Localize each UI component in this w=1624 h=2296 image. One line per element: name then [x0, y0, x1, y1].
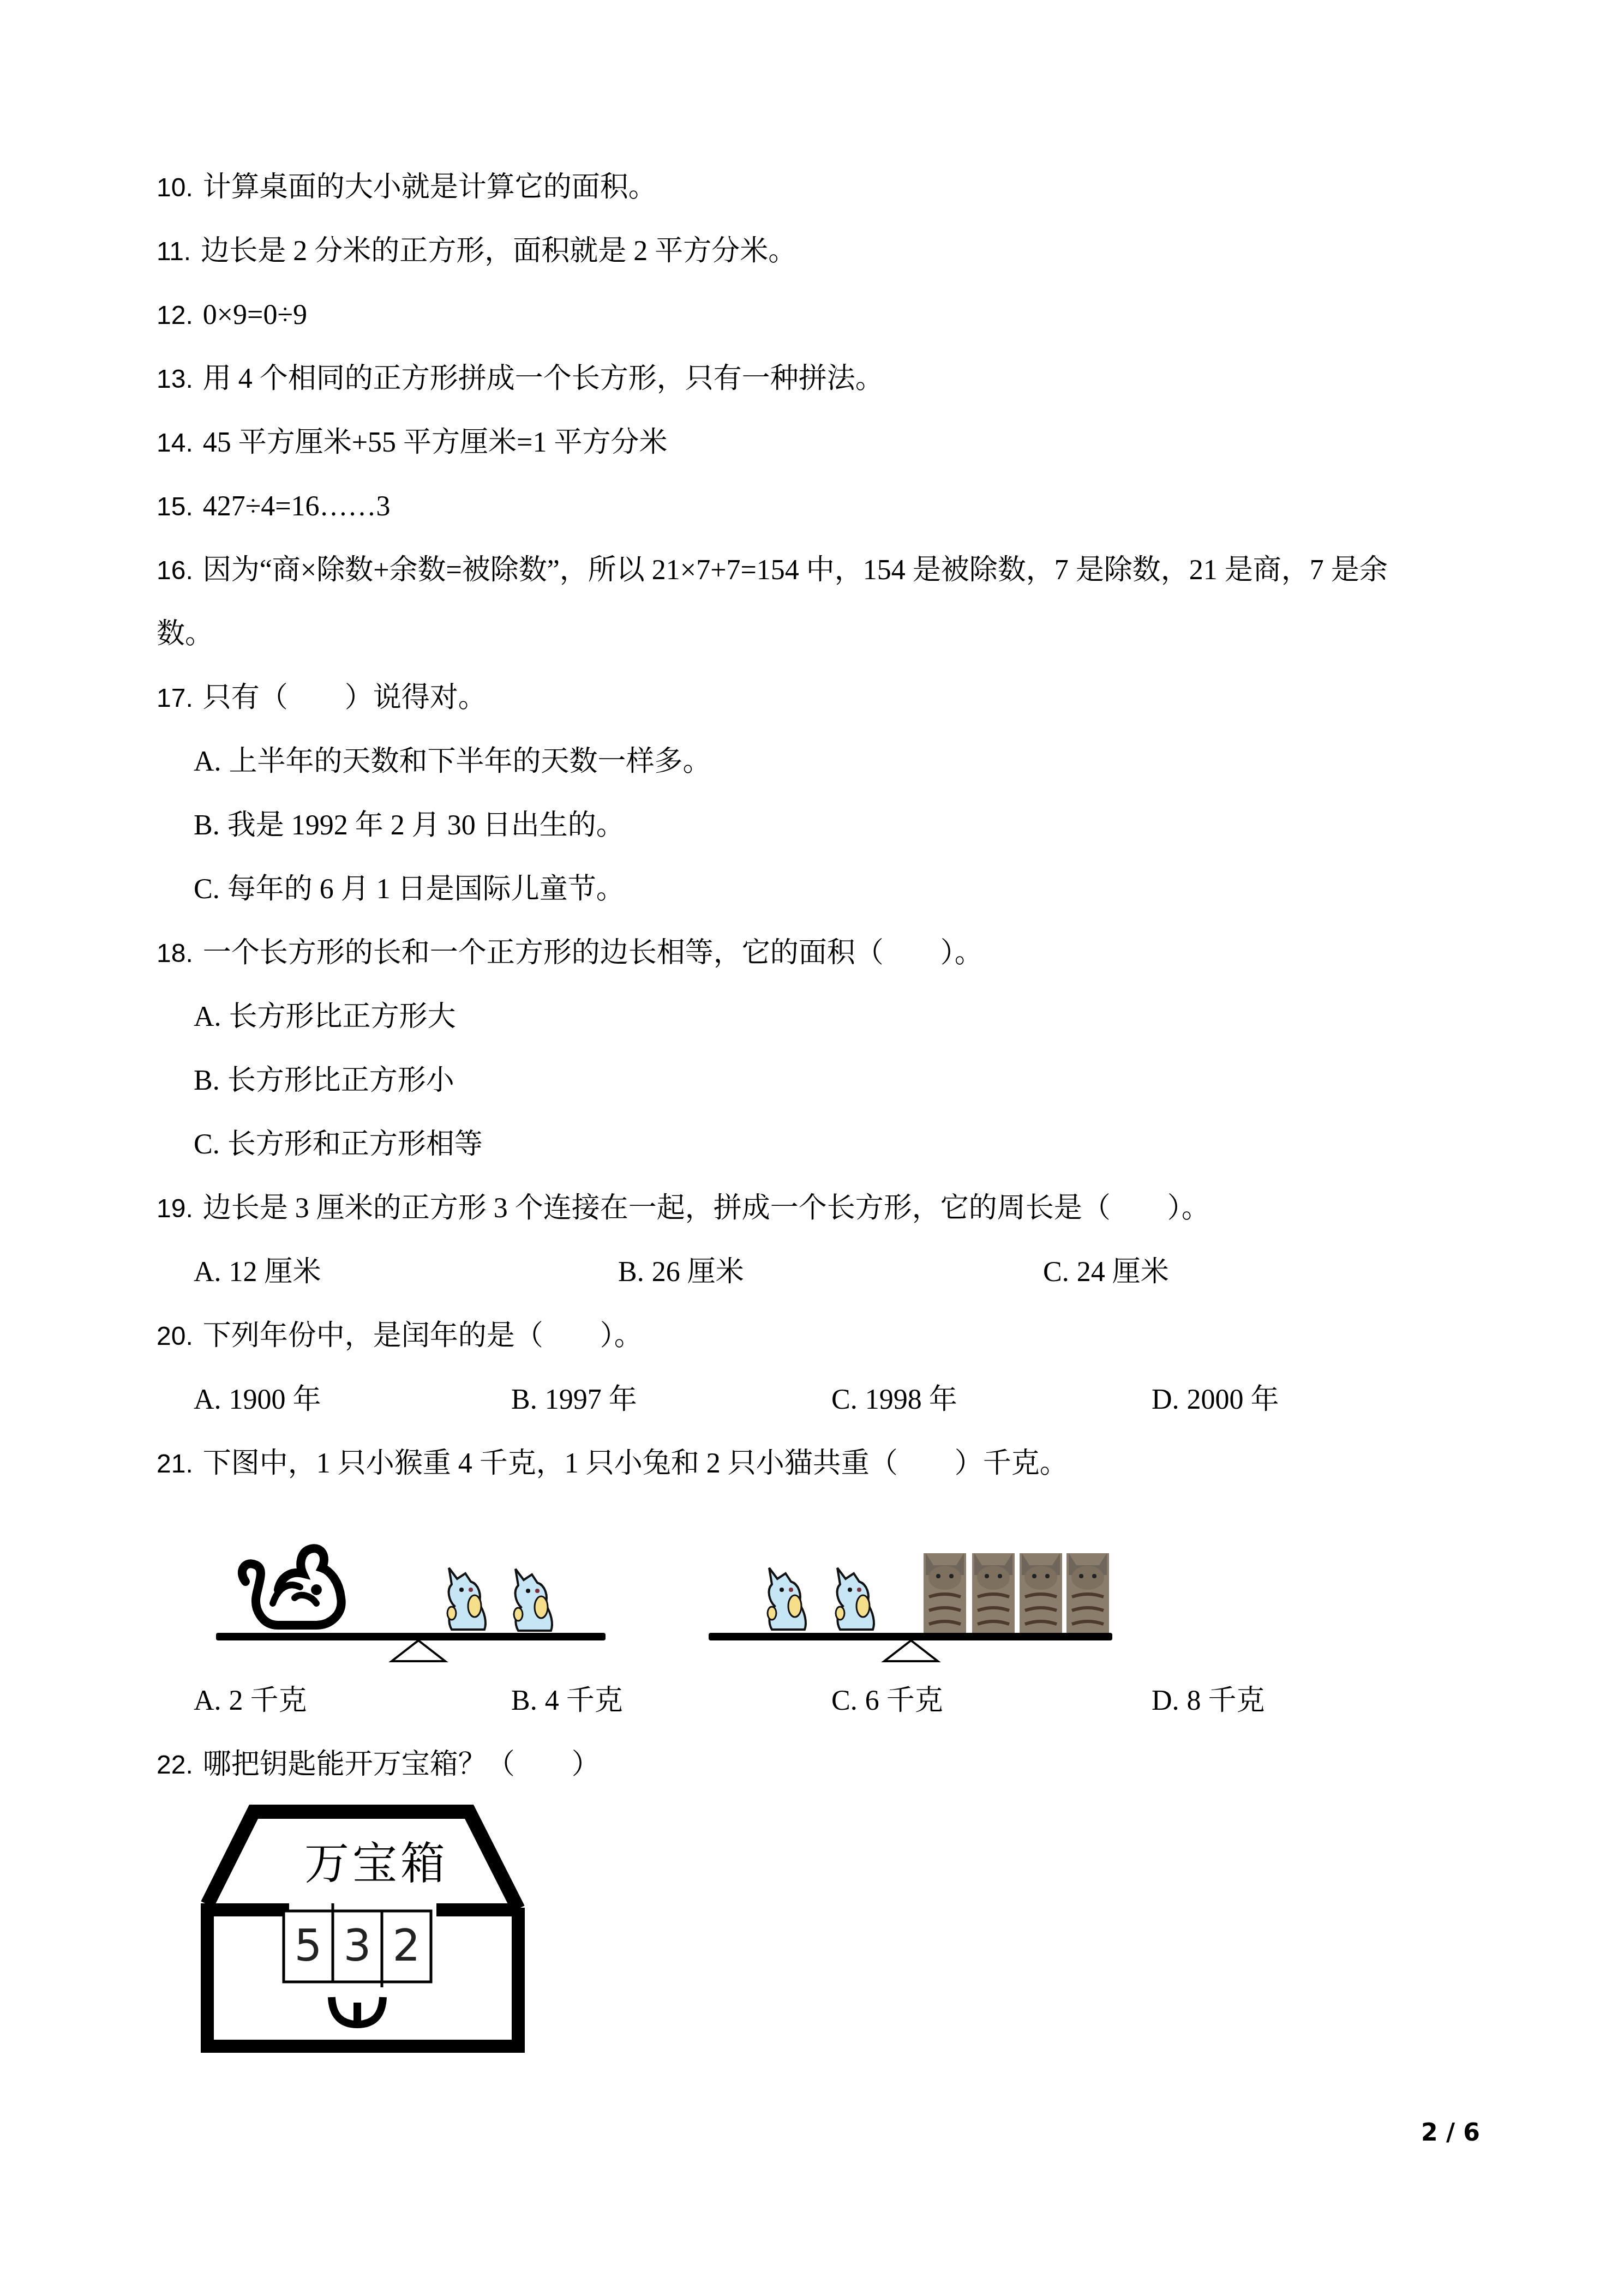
option-21-a[interactable]: A.2 千克 — [194, 1684, 307, 1718]
option-label: A. — [194, 1384, 221, 1415]
option-text: 1997 年 — [545, 1384, 637, 1415]
question-text: 计算桌面的大小就是计算它的面积。 — [203, 172, 657, 203]
question-text: 用 4 个相同的正方形拼成一个长方形，只有一种拼法。 — [203, 363, 884, 394]
option-20-a[interactable]: A.1900 年 — [194, 1383, 321, 1417]
fulcrum-triangle-icon — [388, 1639, 448, 1663]
option-text: 2000 年 — [1187, 1384, 1279, 1415]
question-text: 只有（ ）说得对。 — [203, 682, 487, 713]
cat-icon — [972, 1553, 1015, 1634]
option-21-d[interactable]: D.8 千克 — [1152, 1684, 1265, 1718]
question-18: 18.一个长方形的长和一个正方形的边长相等，它的面积（ ）。 — [157, 936, 983, 971]
question-15: 15.427÷4=16……3 — [157, 489, 391, 525]
cat-icon — [1020, 1553, 1062, 1634]
option-text: 我是 1992 年 2 月 30 日出生的。 — [227, 810, 625, 841]
option-text: 8 千克 — [1187, 1685, 1265, 1716]
option-label: C. — [194, 874, 220, 905]
option-label: D. — [1152, 1384, 1179, 1415]
question-20: 20.下列年份中，是闰年的是（ ）。 — [157, 1319, 643, 1354]
question-14: 14.45 平方厘米+55 平方厘米=1 平方分米 — [157, 425, 667, 461]
rabbit-icon — [507, 1566, 559, 1633]
option-text: 1998 年 — [865, 1384, 957, 1415]
option-text: 26 厘米 — [652, 1257, 744, 1288]
balance-scale-monkey-rabbits — [213, 1532, 616, 1663]
option-18-c[interactable]: C.长方形和正方形相等 — [194, 1127, 483, 1162]
option-17-c[interactable]: C.每年的 6 月 1 日是国际儿童节。 — [194, 872, 625, 907]
option-label: B. — [194, 810, 220, 841]
option-label: A. — [194, 1685, 221, 1716]
option-18-b[interactable]: B.长方形比正方形小 — [194, 1063, 454, 1098]
option-text: 6 千克 — [865, 1685, 943, 1716]
treasure-box-title: 万宝箱 — [304, 1837, 448, 1891]
question-number: 10. — [157, 173, 193, 202]
question-text: 边长是 3 厘米的正方形 3 个连接在一起，拼成一个长方形，它的周长是（ ）。 — [203, 1193, 1210, 1224]
option-19-b[interactable]: B.26 厘米 — [618, 1255, 744, 1290]
option-20-d[interactable]: D.2000 年 — [1152, 1383, 1279, 1417]
fulcrum-triangle-icon — [881, 1639, 941, 1663]
question-number: 12. — [157, 301, 193, 330]
option-label: A. — [194, 746, 221, 777]
question-number: 21. — [157, 1450, 193, 1478]
lock-digit-1: 5 — [284, 1914, 333, 1978]
option-label: A. — [194, 1257, 221, 1288]
option-text: 每年的 6 月 1 日是国际儿童节。 — [227, 874, 625, 905]
question-19: 19.边长是 3 厘米的正方形 3 个连接在一起，拼成一个长方形，它的周长是（ … — [157, 1191, 1210, 1227]
question-13: 13.用 4 个相同的正方形拼成一个长方形，只有一种拼法。 — [157, 362, 884, 397]
question-text: 下图中，1 只小猴重 4 千克，1 只小兔和 2 只小猫共重（ ）千克。 — [203, 1448, 1068, 1479]
option-21-c[interactable]: C.6 千克 — [831, 1684, 943, 1718]
question-number: 20. — [157, 1322, 193, 1351]
rabbit-icon — [441, 1565, 493, 1632]
question-number: 19. — [157, 1194, 193, 1223]
option-text: 长方形比正方形大 — [229, 1001, 456, 1032]
option-text: 4 千克 — [545, 1685, 623, 1716]
cat-icon — [924, 1553, 966, 1634]
cat-icon — [1066, 1553, 1109, 1634]
option-20-c[interactable]: C.1998 年 — [831, 1383, 957, 1417]
question-17: 17.只有（ ）说得对。 — [157, 681, 487, 716]
option-21-b[interactable]: B.4 千克 — [511, 1684, 623, 1718]
option-17-a[interactable]: A.上半年的天数和下半年的天数一样多。 — [194, 744, 711, 779]
balance-scale-rabbits-cats — [706, 1532, 1137, 1663]
option-label: C. — [831, 1685, 858, 1716]
question-12: 12.0×9=0÷9 — [157, 298, 307, 333]
question-number: 22. — [157, 1751, 193, 1780]
page-number: 2 / 6 — [1421, 2119, 1480, 2147]
question-10: 10.计算桌面的大小就是计算它的面积。 — [157, 170, 657, 206]
question-number: 15. — [157, 492, 193, 521]
option-text: 12 厘米 — [229, 1257, 321, 1288]
question-number: 17. — [157, 684, 193, 713]
option-18-a[interactable]: A.长方形比正方形大 — [194, 1000, 456, 1035]
question-text: 427÷4=16……3 — [203, 491, 391, 522]
question-number: 11. — [157, 237, 191, 266]
option-label: B. — [511, 1685, 537, 1716]
option-text: 2 千克 — [229, 1685, 307, 1716]
rabbit-icon — [761, 1565, 813, 1632]
question-text: 因为“商×除数+余数=被除数”，所以 21×7+7=154 中，154 是被除数… — [203, 555, 1388, 586]
question-16: 16.因为“商×除数+余数=被除数”，所以 21×7+7=154 中，154 是… — [157, 553, 1388, 588]
option-20-b[interactable]: B.1997 年 — [511, 1383, 637, 1417]
option-label: C. — [831, 1384, 858, 1415]
option-label: A. — [194, 1001, 221, 1032]
question-16-continuation: 数。 — [157, 617, 213, 652]
monkey-icon — [235, 1543, 355, 1631]
option-label: B. — [618, 1257, 644, 1288]
question-number: 16. — [157, 556, 193, 585]
question-text: 哪把钥匙能开万宝箱？（ ） — [203, 1749, 600, 1780]
option-label: C. — [194, 1129, 220, 1160]
question-text: 下列年份中，是闰年的是（ ）。 — [203, 1320, 643, 1351]
question-number: 13. — [157, 365, 193, 394]
option-19-c[interactable]: C.24 厘米 — [1043, 1255, 1169, 1290]
lock-digit-2: 3 — [333, 1914, 382, 1978]
option-label: C. — [1043, 1257, 1069, 1288]
option-text: 长方形比正方形小 — [227, 1065, 454, 1096]
question-text: 45 平方厘米+55 平方厘米=1 平方分米 — [203, 427, 668, 458]
option-text: 长方形和正方形相等 — [227, 1129, 483, 1160]
option-text: 上半年的天数和下半年的天数一样多。 — [229, 746, 711, 777]
option-label: D. — [1152, 1685, 1179, 1716]
question-11: 11.边长是 2 分米的正方形，面积就是 2 平方分米。 — [157, 234, 796, 269]
option-17-b[interactable]: B.我是 1992 年 2 月 30 日出生的。 — [194, 808, 625, 843]
question-text: 一个长方形的长和一个正方形的边长相等，它的面积（ ）。 — [203, 937, 983, 969]
question-number: 18. — [157, 939, 193, 968]
treasure-box-figure: 万宝箱 5 3 2 — [196, 1800, 535, 2061]
question-22: 22.哪把钥匙能开万宝箱？（ ） — [157, 1747, 600, 1783]
rabbit-icon — [829, 1565, 881, 1632]
question-text: 边长是 2 分米的正方形，面积就是 2 平方分米。 — [201, 236, 796, 267]
lock-digit-3: 2 — [382, 1914, 431, 1978]
option-text: 1900 年 — [229, 1384, 321, 1415]
question-text: 0×9=0÷9 — [203, 299, 307, 330]
option-19-a[interactable]: A.12 厘米 — [194, 1255, 321, 1290]
question-21: 21.下图中，1 只小猴重 4 千克，1 只小兔和 2 只小猫共重（ ）千克。 — [157, 1446, 1068, 1482]
question-number: 14. — [157, 429, 193, 458]
option-label: B. — [511, 1384, 537, 1415]
option-label: B. — [194, 1065, 220, 1096]
option-text: 24 厘米 — [1077, 1257, 1169, 1288]
